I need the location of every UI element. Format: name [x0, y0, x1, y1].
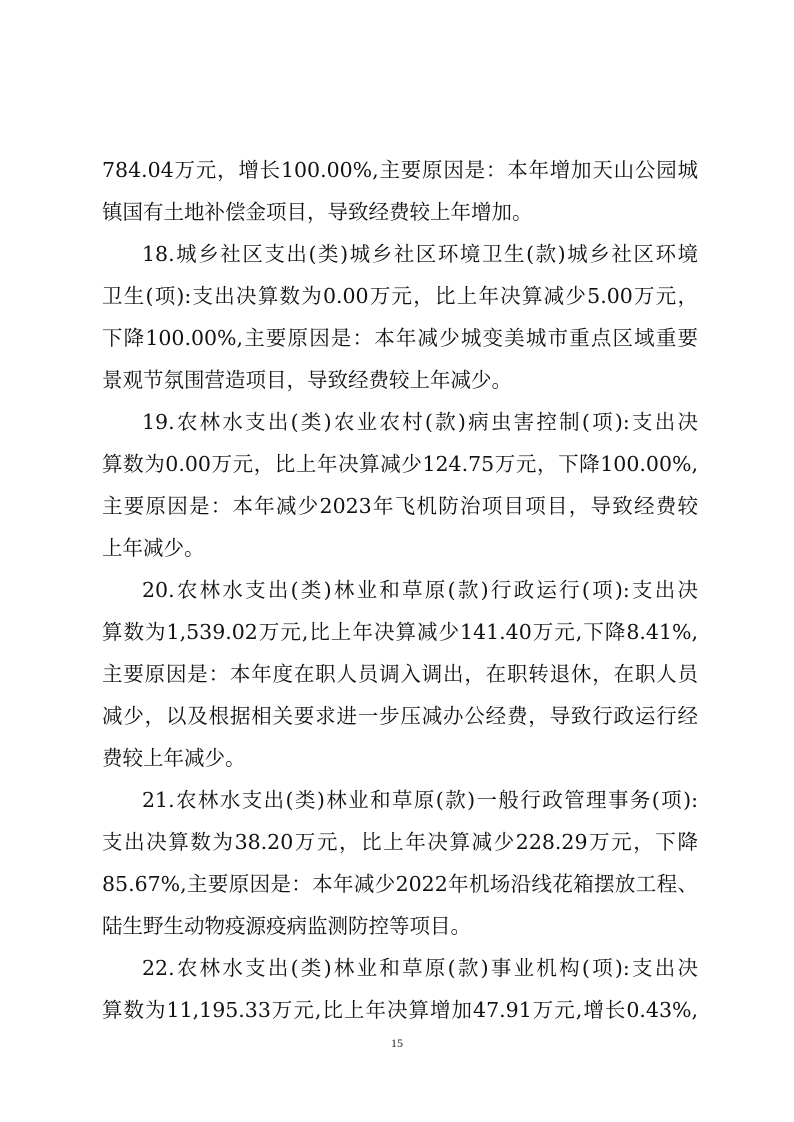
paragraph-21-line-3: 85.67%,主要原因是：本年减少2022年机场沿线花箱摆放工程、 [102, 872, 698, 896]
paragraph-17-line-2: 镇国有土地补偿金项目，导致经费较上年增加。 [102, 200, 698, 224]
paragraph-19-line-2: 算数为0.00万元，比上年决算减少124.75万元，下降100.00%, [102, 452, 698, 476]
paragraph-18-line-3: 下降100.00%,主要原因是：本年减少城变美城市重点区域重要 [102, 326, 698, 350]
paragraph-18-line-1: 18.城乡社区支出(类)城乡社区环境卫生(款)城乡社区环境 [142, 242, 698, 266]
page-number: 15 [0, 1036, 794, 1051]
paragraph-19-line-4: 上年减少。 [102, 536, 698, 560]
paragraph-20-line-5: 费较上年减少。 [102, 746, 698, 770]
paragraph-21-line-1: 21.农林水支出(类)林业和草原(款)一般行政管理事务(项): [142, 788, 698, 812]
paragraph-22-line-2: 算数为11,195.33万元,比上年决算增加47.91万元,增长0.43%, [102, 998, 698, 1022]
paragraph-18-line-4: 景观节氛围营造项目，导致经费较上年减少。 [102, 368, 698, 392]
paragraph-19-line-1: 19.农林水支出(类)农业农村(款)病虫害控制(项):支出决 [142, 410, 698, 434]
paragraph-18-line-2: 卫生(项):支出决算数为0.00万元，比上年决算减少5.00万元， [102, 284, 698, 308]
paragraph-20-line-3: 主要原因是：本年度在职人员调入调出，在职转退休，在职人员 [102, 662, 698, 686]
paragraph-20-line-4: 减少，以及根据相关要求进一步压减办公经费，导致行政运行经 [102, 704, 698, 728]
document-page: 784.04万元，增长100.00%,主要原因是：本年增加天山公园城 镇国有土地… [0, 0, 794, 1122]
paragraph-22-line-1: 22.农林水支出(类)林业和草原(款)事业机构(项):支出决 [142, 956, 698, 980]
paragraph-19-line-3: 主要原因是：本年减少2023年飞机防治项目项目，导致经费较 [102, 494, 698, 518]
paragraph-21-line-4: 陆生野生动物疫源疫病监测防控等项目。 [102, 914, 698, 938]
paragraph-20-line-2: 算数为1,539.02万元,比上年决算减少141.40万元,下降8.41%, [102, 620, 698, 644]
paragraph-21-line-2: 支出决算数为38.20万元，比上年决算减少228.29万元，下降 [102, 830, 698, 854]
paragraph-20-line-1: 20.农林水支出(类)林业和草原(款)行政运行(项):支出决 [142, 578, 698, 602]
paragraph-17-line-1: 784.04万元，增长100.00%,主要原因是：本年增加天山公园城 [102, 158, 698, 182]
